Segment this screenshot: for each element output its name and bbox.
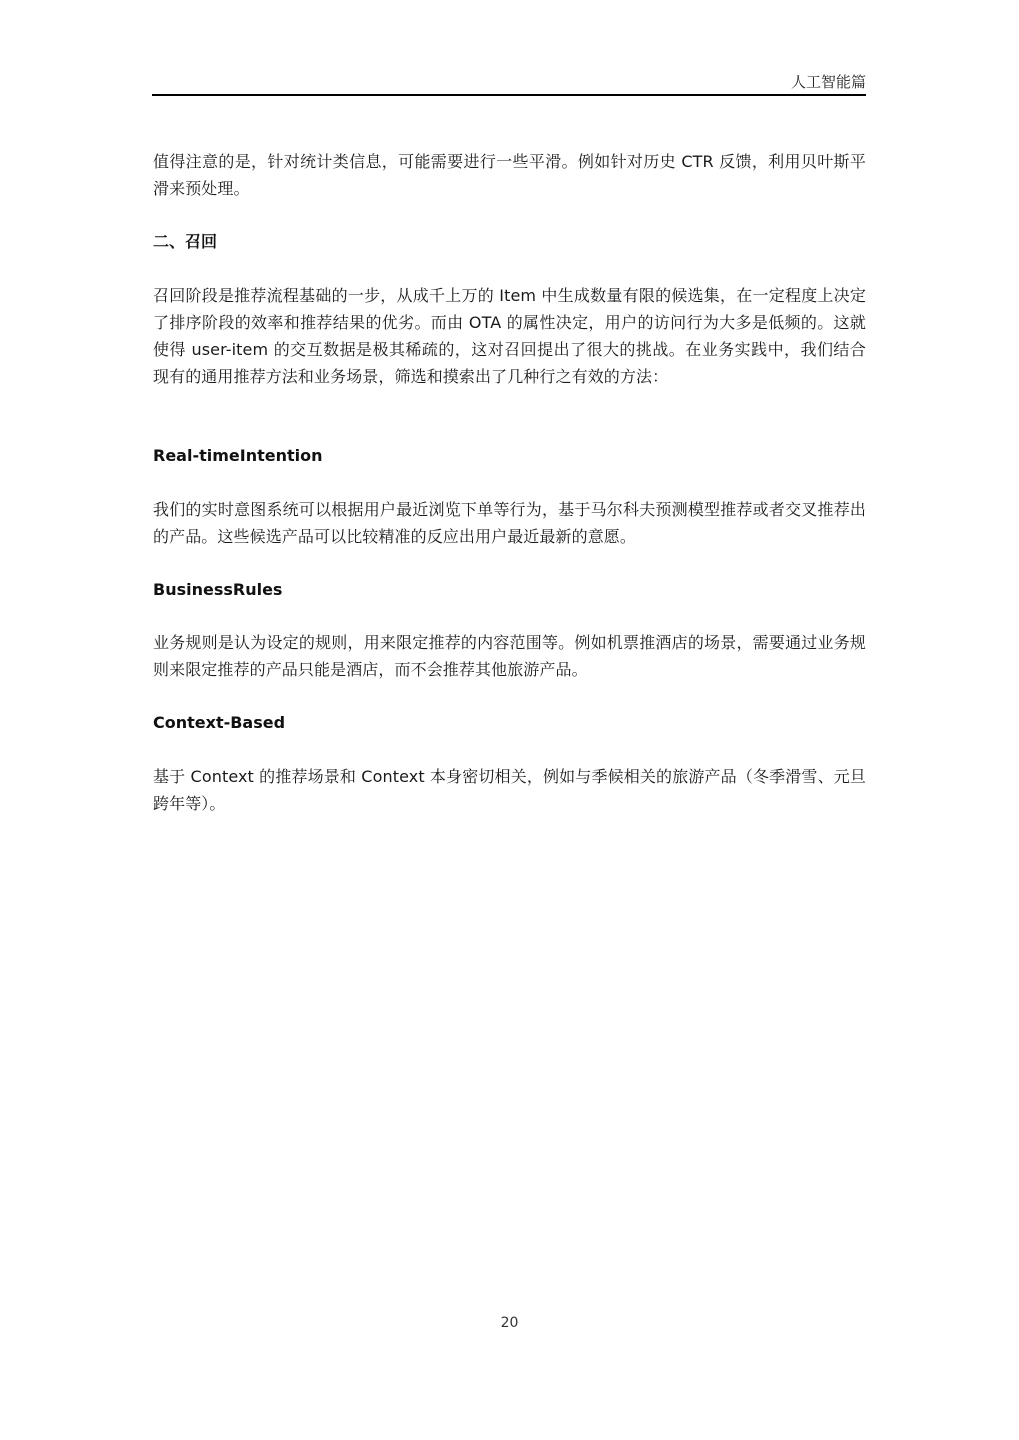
running-header: 人工智能篇 <box>152 72 866 92</box>
section-heading: 二、召回 <box>153 231 217 253</box>
subsection-heading-realtime-intention: Real-timeIntention <box>153 445 323 467</box>
intro-paragraph: 值得注意的是，针对统计类信息，可能需要进行一些平滑。例如针对历史 CTR 反馈，… <box>153 148 866 202</box>
subsection-heading-context-based: Context-Based <box>153 712 285 734</box>
subsection-paragraph-realtime-intention: 我们的实时意图系统可以根据用户最近浏览下单等行为，基于马尔科夫预测模型推荐或者交… <box>153 496 866 550</box>
subsection-heading-business-rules: BusinessRules <box>153 579 282 601</box>
section-paragraph: 召回阶段是推荐流程基础的一步，从成千上万的 Item 中生成数量有限的候选集，在… <box>153 282 866 390</box>
header-rule <box>152 94 866 96</box>
subsection-paragraph-context-based: 基于 Context 的推荐场景和 Context 本身密切相关，例如与季候相关… <box>153 763 866 817</box>
subsection-paragraph-business-rules: 业务规则是认为设定的规则，用来限定推荐的内容范围等。例如机票推酒店的场景，需要通… <box>153 629 866 683</box>
page-number: 20 <box>0 1313 1019 1333</box>
document-page: 人工智能篇 值得注意的是，针对统计类信息，可能需要进行一些平滑。例如针对历史 C… <box>0 0 1019 1440</box>
